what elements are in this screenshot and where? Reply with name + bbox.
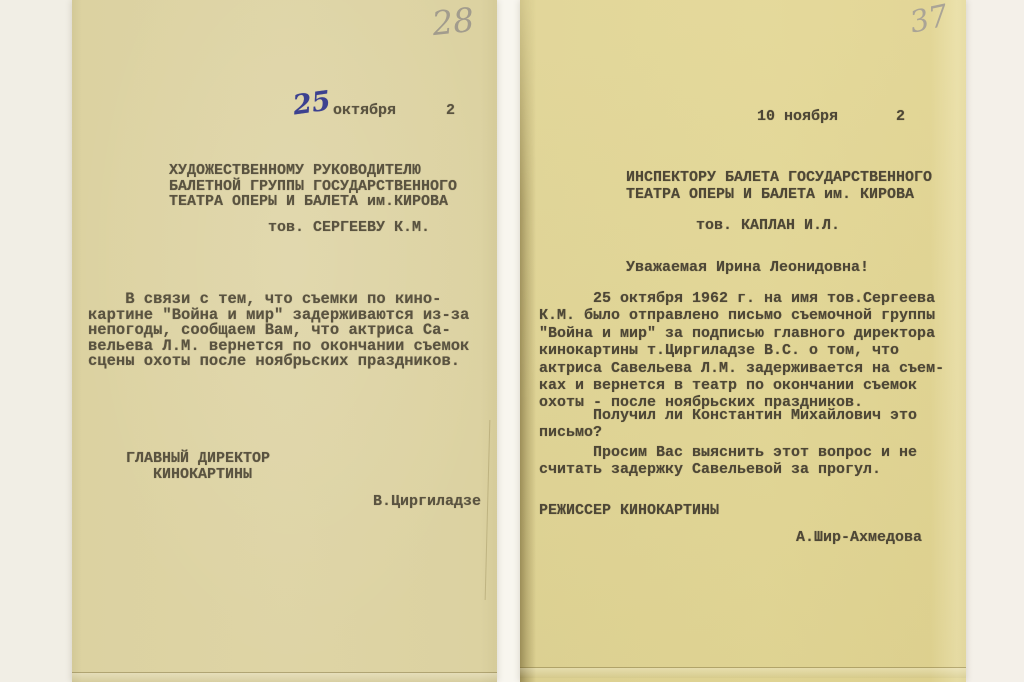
letter-paragraph: Получил ли Константин Михайлович это пис… (539, 407, 917, 442)
letter-paragraph: Просим Вас выяснить этот вопрос и не счи… (539, 444, 917, 479)
crease-shade (72, 673, 497, 682)
handwritten-date-day: 25 (291, 86, 333, 122)
salutation: Уважаемая Ирина Леонидовна! (626, 259, 869, 276)
addressee-name-left: тов. СЕРГЕЕВУ К.М. (268, 220, 430, 236)
signature-title-right: РЕЖИССЕР КИНОКАРТИНЫ (539, 502, 719, 519)
paper-fold-edge (520, 0, 536, 682)
signature-name-right: А.Шир-Ахмедова (796, 529, 922, 546)
archive-scan: 28 25 октября 2 ХУДОЖЕСТВЕННОМУ РУКОВОДИ… (0, 0, 1024, 682)
page-number-pencil-left: 28 (430, 0, 476, 43)
letter-left: 28 25 октября 2 ХУДОЖЕСТВЕННОМУ РУКОВОДИ… (72, 0, 497, 682)
date-right: 10 ноября (757, 108, 838, 125)
letter-paragraph: 25 октября 1962 г. на имя тов.Сергеева К… (539, 290, 944, 412)
date-month-left: октября (333, 103, 396, 119)
addressee-block-left: ХУДОЖЕСТВЕННОМУ РУКОВОДИТЕЛЮ БАЛЕТНОЙ ГР… (169, 163, 457, 210)
letter-right: 37 10 ноября 2 ИНСПЕКТОРУ БАЛЕТА ГОСУДАР… (520, 0, 966, 682)
crease-shade (520, 668, 966, 678)
addressee-name-right: тов. КАПЛАН И.Л. (696, 217, 840, 234)
crease-line (485, 420, 491, 600)
copy-number-right: 2 (896, 108, 905, 125)
signature-name-left: В.Циргиладзе (373, 494, 481, 510)
copy-number-left: 2 (446, 103, 455, 119)
page-number-pencil-right: 37 (907, 0, 952, 41)
addressee-block-right: ИНСПЕКТОРУ БАЛЕТА ГОСУДАРСТВЕННОГО ТЕАТР… (626, 169, 932, 204)
signature-title-left: ГЛАВНЫЙ ДИРЕКТОР КИНОКАРТИНЫ (126, 451, 270, 482)
letter-body-left: В связи с тем, что съемки по кино- карти… (88, 292, 469, 370)
